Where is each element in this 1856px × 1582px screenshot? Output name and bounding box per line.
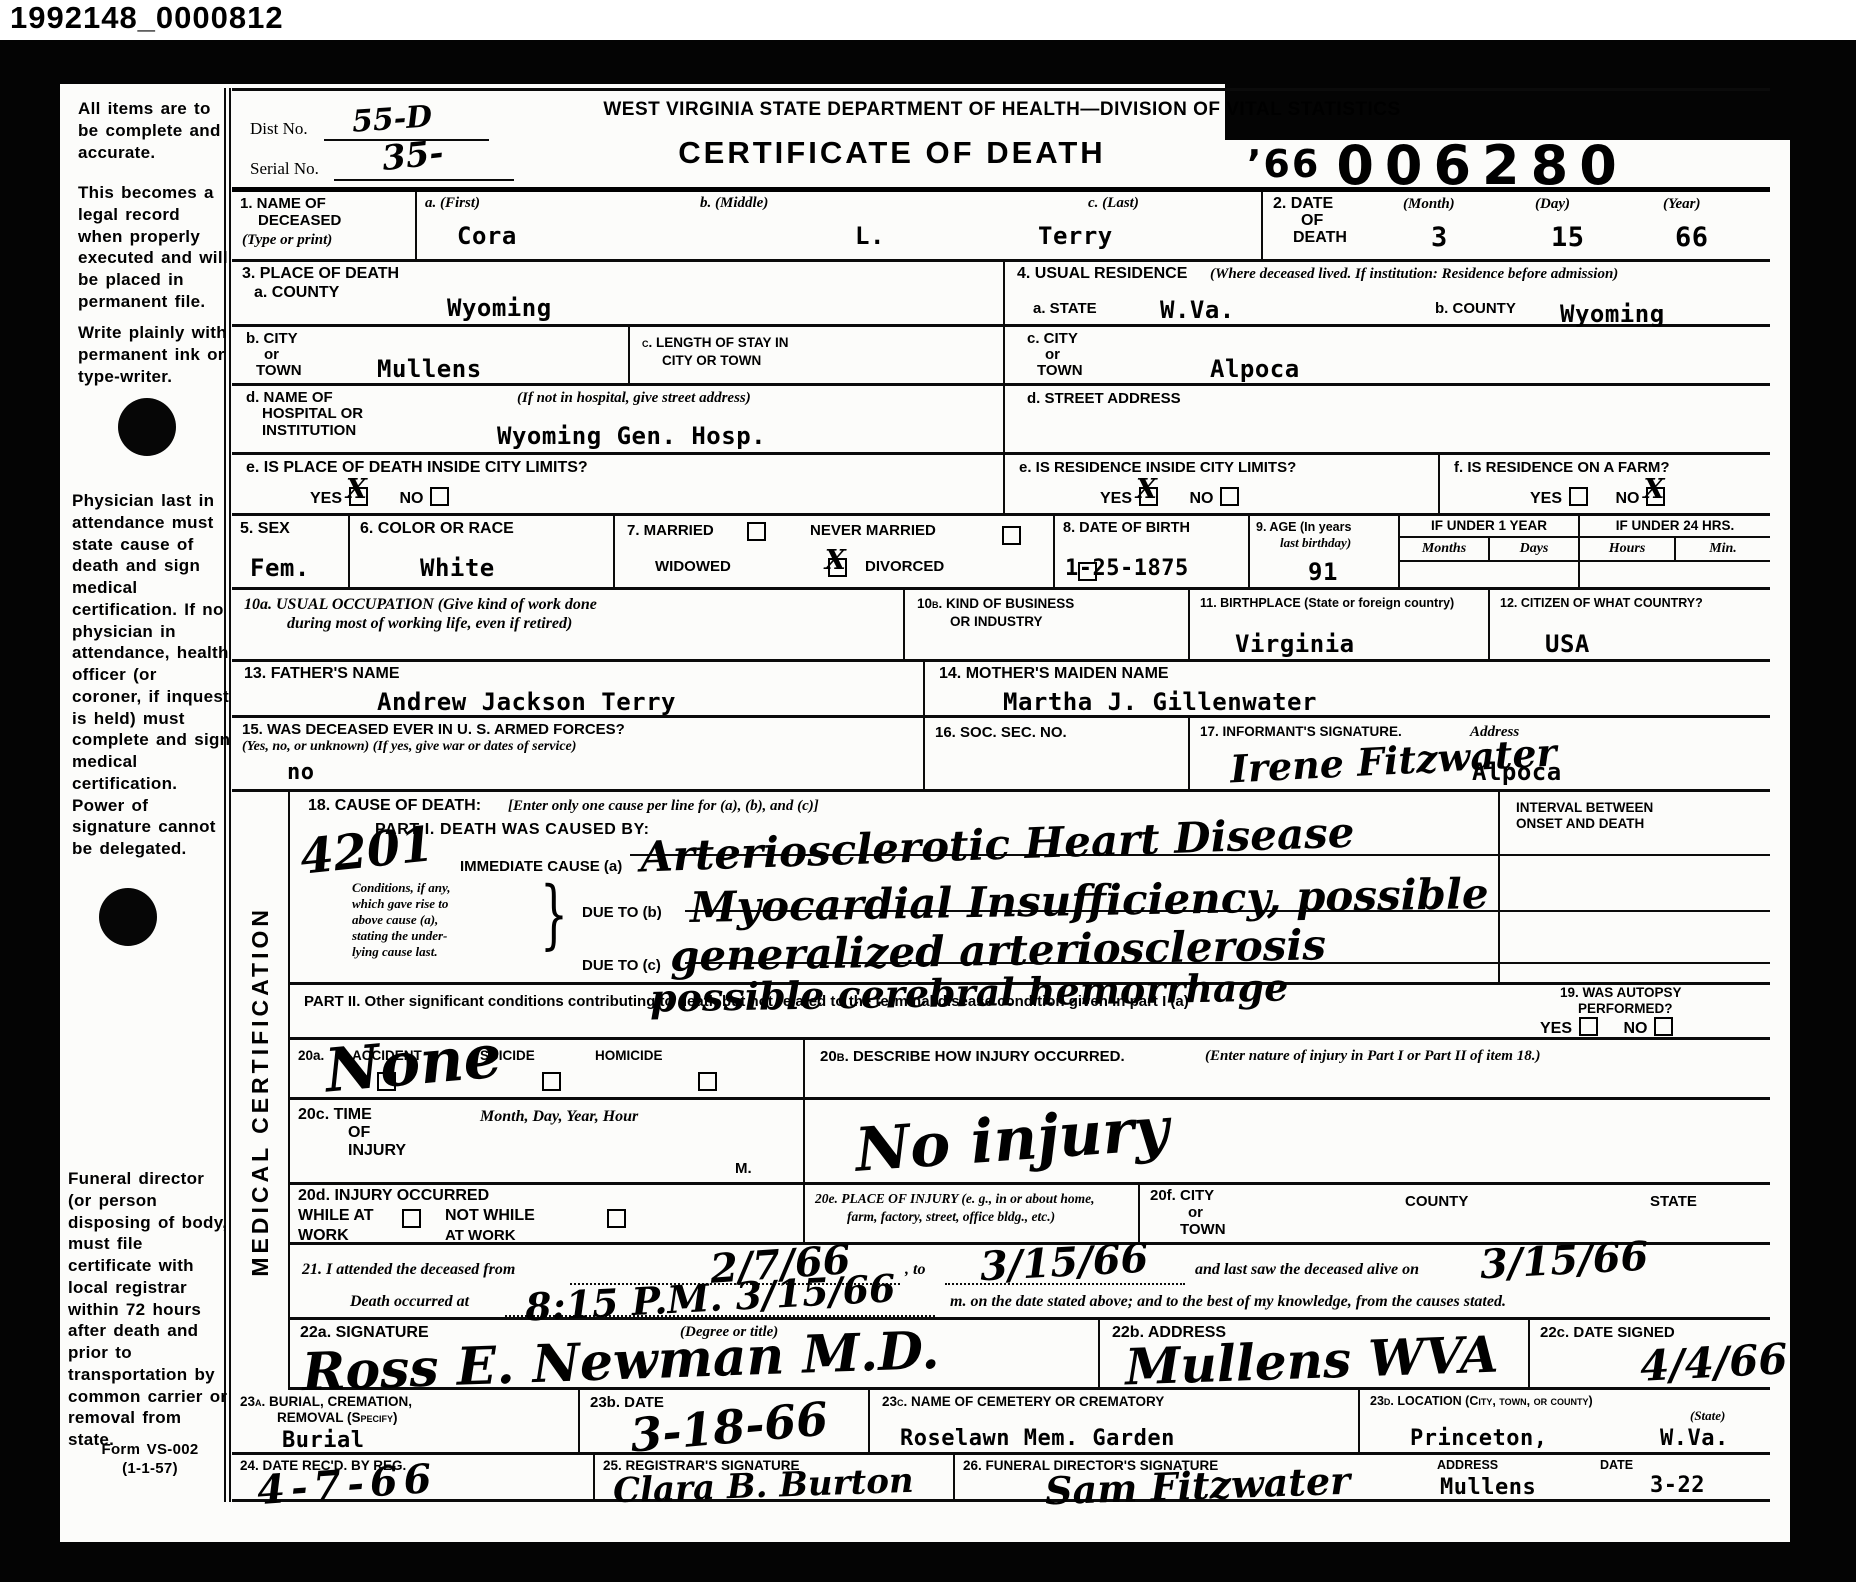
while-at-label: WHILE AT	[298, 1207, 374, 1226]
injury-city-cell: 20f. CITY or TOWN COUNTY STATE	[1140, 1185, 1770, 1242]
birthplace-value: Virginia	[1235, 632, 1355, 656]
res-county-label: b. COUNTY	[1435, 300, 1516, 318]
place-of-injury-cell: 20e. PLACE OF INJURY (e. g., in or about…	[805, 1185, 1140, 1242]
business-label-2: OR INDUSTRY	[950, 614, 1043, 630]
cause-overflow-value: possible cerebral hemorrhage	[650, 968, 1289, 1017]
res-city-cell: c. CITY or TOWN Alpoca	[1005, 327, 1770, 383]
conditions-line-1: Conditions, if any,	[352, 880, 450, 895]
scan-id-label: 1992148_0000812	[10, 0, 284, 36]
armed-forces-value: no	[287, 762, 315, 784]
injury-occurred-label: 20d. INJURY OCCURRED	[298, 1187, 489, 1206]
last-name-cell: c. (Last) Terry	[963, 192, 1263, 259]
sex-value: Fem.	[250, 556, 310, 580]
res-limits-question: e. IS RESIDENCE INSIDE CITY LIMITS?	[1019, 459, 1296, 477]
row-attendance: 21. I attended the deceased from 2/7/66 …	[290, 1245, 1770, 1320]
father-value: Andrew Jackson Terry	[377, 690, 676, 714]
toi-label-2: OF	[348, 1124, 370, 1143]
street-address-cell: d. STREET ADDRESS	[1005, 386, 1770, 452]
armed-forces-cell: 15. WAS DECEASED EVER IN U. S. ARMED FOR…	[232, 718, 925, 789]
toi-label-3: INJURY	[348, 1142, 406, 1161]
row-certifier: 22a. SIGNATURE (Degree or title) Ross E.…	[290, 1320, 1770, 1390]
cause-of-death-cell: 18. CAUSE OF DEATH: [Enter only one caus…	[290, 792, 1500, 982]
name-label-3: (Type or print)	[242, 232, 332, 250]
certifier-date-cell: 22c. DATE SIGNED 4/4/66	[1530, 1320, 1770, 1387]
injury-city-label-1: 20f. CITY	[1150, 1187, 1214, 1205]
pod-city-cell: b. CITY or TOWN Mullens	[232, 327, 630, 383]
pod-limits-answer: YESX NO	[310, 487, 454, 508]
citizen-label: 12. CITIZEN OF WHAT COUNTRY?	[1500, 596, 1703, 611]
ssn-cell: 16. SOC. SEC. NO.	[925, 718, 1190, 789]
form-revision-text: (1-1-57)	[122, 1460, 178, 1477]
pod-limits-no-checkbox	[430, 487, 449, 506]
res-county-value: Wyoming	[1560, 302, 1665, 326]
conditions-line-2: which gave rise to	[352, 896, 448, 911]
place-of-injury-label-2: farm, factory, street, office bldg., etc…	[847, 1209, 1055, 1225]
middle-name-label: b. (Middle)	[700, 195, 768, 213]
row-hospital-street: d. NAME OF HOSPITAL OR INSTITUTION (If n…	[232, 386, 1770, 455]
location-label: 23d. LOCATION (City, town, or county)	[1370, 1394, 1593, 1409]
dist-no-value: 55-D	[351, 102, 433, 138]
cemetery-value: Roselawn Mem. Garden	[900, 1428, 1175, 1450]
row-place-residence: 3. PLACE OF DEATH a. COUNTY Wyoming 4. U…	[232, 262, 1770, 327]
place-of-death-title: 3. PLACE OF DEATH	[242, 265, 399, 284]
dod-year-value: 66	[1675, 224, 1709, 251]
birthplace-cell: 11. BIRTHPLACE (State or foreign country…	[1190, 590, 1490, 659]
age-value: 91	[1308, 560, 1338, 584]
cemetery-cell: 23c. NAME OF CEMETERY OR CREMATORY Rosel…	[870, 1390, 1360, 1452]
under-24-hrs-label: IF UNDER 24 HRS.	[1580, 516, 1770, 538]
row-name-deceased: 1. NAME OF DECEASED (Type or print) a. (…	[232, 192, 1770, 262]
res-limits-no-label: NO	[1189, 490, 1213, 507]
attendance-text-3: Death occurred at	[350, 1293, 469, 1312]
toi-label-1: 20c. TIME	[298, 1106, 372, 1125]
res-limits-no-checkbox	[1220, 487, 1239, 506]
first-name-cell: a. (First) Cora	[417, 192, 690, 259]
mother-label: 14. MOTHER'S MAIDEN NAME	[939, 665, 1169, 684]
due-to-b-label: DUE TO (b)	[582, 904, 662, 922]
funeral-director-cell: 26. FUNERAL DIRECTOR'S SIGNATURE Sam Fit…	[955, 1455, 1770, 1499]
middle-name-value: L.	[855, 224, 885, 248]
margin-note-write-plainly: Write plainly with permanent ink or type…	[78, 322, 228, 387]
hospital-cell: d. NAME OF HOSPITAL OR INSTITUTION (If n…	[232, 386, 1005, 452]
no-injury-cell: No injury	[805, 1100, 1770, 1182]
father-cell: 13. FATHER'S NAME Andrew Jackson Terry	[232, 662, 925, 715]
autopsy-label-1: 19. WAS AUTOPSY	[1560, 985, 1682, 1001]
stamp-year: ’66	[1247, 142, 1320, 186]
name-label-cell: 1. NAME OF DECEASED (Type or print)	[232, 192, 417, 259]
pod-city-value: Mullens	[377, 357, 482, 381]
length-of-stay-cell: c. LENGTH OF STAY IN CITY OR TOWN	[630, 327, 1005, 383]
cause-b-value: Myocardial Insufficiency, possible	[690, 873, 1489, 929]
sex-label: 5. SEX	[240, 520, 290, 539]
armed-forces-label: 15. WAS DECEASED EVER IN U. S. ARMED FOR…	[242, 721, 625, 739]
accident-none-value: None	[323, 1026, 504, 1101]
margin-note-complete: All items are to be complete and accurat…	[78, 98, 228, 163]
cause-a-value: Arteriosclerotic Heart Disease	[639, 812, 1355, 879]
first-name-label: a. (First)	[425, 195, 480, 213]
attendance-text-4: m. on the date stated above; and to the …	[950, 1293, 1506, 1312]
citizen-cell: 12. CITIZEN OF WHAT COUNTRY? USA	[1490, 590, 1770, 659]
divorced-label: DIVORCED	[865, 558, 944, 576]
registration-stamp: ’66 006280	[1247, 142, 1628, 191]
pod-limits-yes-label: YES	[310, 490, 342, 507]
accident-cell: 20a. ACCIDENT SUICIDE HOMICIDE None	[290, 1040, 805, 1097]
serial-no-value: 35-	[380, 136, 445, 176]
location-state-value: W.Va.	[1660, 1428, 1729, 1450]
date-received-value: 4-7-66	[256, 1459, 439, 1511]
pod-county-label: a. COUNTY	[254, 284, 339, 303]
interval-label-2: ONSET AND DEATH	[1516, 816, 1644, 832]
informant-label: 17. INFORMANT'S SIGNATURE.	[1200, 724, 1402, 740]
under-24-hrs-cell: IF UNDER 24 HRS. Hours Min.	[1580, 516, 1770, 587]
dod-month-value: 3	[1431, 224, 1448, 251]
location-state-label: (State)	[1690, 1408, 1725, 1423]
months-label: Months	[1400, 538, 1488, 562]
dob-value: 1-25-1875	[1065, 558, 1189, 580]
business-cell: 10b. KIND OF BUSINESS OR INDUSTRY	[905, 590, 1190, 659]
row-occupation: 10a. USUAL OCCUPATION (Give kind of work…	[232, 590, 1770, 662]
residence-title: 4. USUAL RESIDENCE	[1017, 265, 1187, 284]
interval-cell: INTERVAL BETWEEN ONSET AND DEATH	[1500, 792, 1770, 982]
row-time-of-injury: 20c. TIME OF INJURY Month, Day, Year, Ho…	[290, 1100, 1770, 1185]
injury-city-label-3: TOWN	[1180, 1221, 1226, 1239]
hospital-value: Wyoming Gen. Hosp.	[497, 424, 766, 448]
usual-residence-cell: 4. USUAL RESIDENCE (Where deceased lived…	[1005, 262, 1770, 324]
punch-hole-top	[118, 398, 176, 456]
age-label-1: 9. AGE (In years	[1256, 520, 1351, 535]
hospital-label-2: HOSPITAL OR	[262, 405, 363, 423]
last-name-label: c. (Last)	[1088, 195, 1139, 213]
married-label: 7. MARRIED	[627, 522, 714, 540]
while-at-work-checkbox	[402, 1209, 421, 1228]
certifier-date-value: 4/4/66	[1639, 1338, 1789, 1388]
row-parents: 13. FATHER'S NAME Andrew Jackson Terry 1…	[232, 662, 1770, 718]
homicide-label: HOMICIDE	[595, 1048, 663, 1064]
funeral-director-signature: Sam Fitzwater	[1044, 1462, 1350, 1511]
widowed-label: WIDOWED	[655, 558, 731, 576]
autopsy-label-2: PERFORMED?	[1578, 1001, 1673, 1017]
autopsy-yes-label: YES	[1540, 1020, 1572, 1037]
dist-no-label: Dist No.	[250, 119, 308, 139]
never-married-checkbox	[1002, 526, 1021, 545]
at-work-label: AT WORK	[445, 1227, 516, 1245]
marital-cell: 7. MARRIED NEVER MARRIED WIDOWED X DIVOR…	[615, 516, 1055, 587]
margin-note-funeral-director: Funeral director (or person disposing of…	[68, 1168, 232, 1451]
cause-header: 18. CAUSE OF DEATH:	[308, 797, 481, 816]
suicide-checkbox	[542, 1072, 561, 1091]
race-cell: 6. COLOR OR RACE White	[350, 516, 615, 587]
under-1-year-cell: IF UNDER 1 YEAR Months Days	[1400, 516, 1580, 587]
time-of-injury-cell: 20c. TIME OF INJURY Month, Day, Year, Ho…	[290, 1100, 805, 1182]
father-label: 13. FATHER'S NAME	[244, 665, 400, 684]
first-name-value: Cora	[457, 224, 517, 248]
res-city-label-3: TOWN	[1037, 362, 1083, 380]
dob-label: 8. DATE OF BIRTH	[1063, 520, 1190, 537]
autopsy-no-checkbox	[1654, 1017, 1673, 1036]
res-state-label: a. STATE	[1033, 300, 1097, 318]
street-address-label: d. STREET ADDRESS	[1027, 390, 1181, 408]
birthplace-label: 11. BIRTHPLACE (State or foreign country…	[1200, 596, 1454, 611]
age-label-2: last birthday)	[1280, 535, 1351, 550]
attendance-cell: 21. I attended the deceased from 2/7/66 …	[290, 1245, 1770, 1317]
middle-name-cell: b. (Middle) L.	[690, 192, 963, 259]
no-injury-value: No injury	[853, 1099, 1170, 1181]
attendance-text-1: 21. I attended the deceased from	[302, 1261, 515, 1280]
widowed-checkbox: X	[828, 558, 847, 577]
serial-no-label: Serial No.	[250, 159, 319, 179]
certifier-date-label: 22c. DATE SIGNED	[1540, 1324, 1675, 1342]
medical-certification-label: MEDICAL CERTIFICATION	[247, 906, 274, 1277]
date-of-death-cell: 2. DATE OF DEATH (Month) (Day) (Year) 3 …	[1263, 192, 1770, 259]
married-checkbox	[747, 522, 766, 541]
injury-occurred-cell: 20d. INJURY OCCURRED WHILE AT NOT WHILE …	[290, 1185, 805, 1242]
registrar-signature: Clara B. Burton	[612, 1464, 914, 1508]
row-registration: 24. DATE REC'D. BY REG. 4-7-66 25. REGIS…	[232, 1455, 1770, 1502]
hospital-hint: (If not in hospital, give street address…	[517, 390, 751, 408]
pod-limits-no-label: NO	[399, 490, 423, 507]
place-of-death-county-cell: 3. PLACE OF DEATH a. COUNTY Wyoming	[232, 262, 1005, 324]
autopsy-no-label: NO	[1623, 1020, 1647, 1037]
under-1-year-label: IF UNDER 1 YEAR	[1400, 516, 1578, 538]
mother-cell: 14. MOTHER'S MAIDEN NAME Martha J. Gille…	[925, 662, 1770, 715]
not-while-checkbox	[607, 1209, 626, 1228]
res-limits-answer: YESX NO	[1100, 487, 1244, 508]
row-personal: 5. SEX Fem. 6. COLOR OR RACE White 7. MA…	[232, 516, 1770, 590]
dod-month-label: (Month)	[1403, 196, 1455, 214]
autopsy-cell: 19. WAS AUTOPSY PERFORMED? YES NO	[1500, 985, 1770, 1037]
department-title: WEST VIRGINIA STATE DEPARTMENT OF HEALTH…	[412, 99, 1592, 121]
never-married-label: NEVER MARRIED	[810, 522, 936, 540]
citizen-value: USA	[1545, 632, 1590, 656]
farm-yes-checkbox	[1569, 487, 1588, 506]
conditions-brace: }	[540, 872, 568, 959]
burial-value: Burial	[282, 1430, 364, 1452]
burial-label-2: REMOVAL (Specify)	[277, 1410, 398, 1426]
medical-certification-band: MEDICAL CERTIFICATION	[232, 792, 290, 1390]
death-time-value: 8:15 P.M. 3/15/66	[524, 1269, 896, 1326]
margin-note-physician: Physician last in attendance must state …	[72, 490, 232, 860]
cause-header-hint: [Enter only one cause per line for (a), …	[508, 798, 819, 816]
occupation-label-1: 10a. USUAL OCCUPATION (Give kind of work…	[244, 596, 597, 615]
scanned-death-certificate: { "scan_id": "1992148_0000812", "margin"…	[0, 0, 1856, 1582]
conditions-line-3: above cause (a),	[352, 912, 438, 927]
cemetery-location-cell: 23d. LOCATION (City, town, or county) (S…	[1360, 1390, 1770, 1452]
fd-date-value: 3-22	[1650, 1475, 1705, 1497]
describe-injury-label: 20b. DESCRIBE HOW INJURY OCCURRED.	[820, 1048, 1125, 1066]
describe-injury-cell: 20b. DESCRIBE HOW INJURY OCCURRED. (Ente…	[805, 1040, 1770, 1097]
ssn-label: 16. SOC. SEC. NO.	[935, 724, 1067, 742]
conditions-line-5: lying cause last.	[352, 944, 438, 959]
stay-label-1: c. LENGTH OF STAY IN	[642, 335, 789, 351]
farm-no-label: NO	[1615, 490, 1639, 507]
farm-cell: f. IS RESIDENCE ON A FARM? YES NOX	[1440, 455, 1770, 513]
stamp-number: 006280	[1336, 142, 1627, 191]
fd-address-value: Mullens	[1440, 1477, 1536, 1499]
sex-cell: 5. SEX Fem.	[232, 516, 350, 587]
pod-limits-yes-checkbox: X	[349, 487, 368, 506]
farm-question: f. IS RESIDENCE ON A FARM?	[1454, 459, 1670, 477]
cause-code-handwritten: 4201	[298, 820, 436, 882]
interval-label-1: INTERVAL BETWEEN	[1516, 800, 1653, 816]
stay-label-2: CITY OR TOWN	[662, 353, 761, 369]
hospital-label-3: INSTITUTION	[262, 422, 356, 440]
race-label: 6. COLOR OR RACE	[360, 520, 514, 539]
occupation-label-2: during most of working life, even if ret…	[287, 615, 572, 634]
injury-county-label: COUNTY	[1405, 1193, 1468, 1211]
res-city-value: Alpoca	[1210, 357, 1300, 381]
mother-value: Martha J. Gillenwater	[1003, 690, 1317, 714]
attendance-to-word: , to	[905, 1261, 925, 1280]
autopsy-answer: YES NO	[1540, 1017, 1678, 1038]
farm-no-checkbox: X	[1646, 487, 1665, 506]
cemetery-label: 23c. NAME OF CEMETERY OR CREMATORY	[882, 1394, 1164, 1410]
occupation-cell: 10a. USUAL OCCUPATION (Give kind of work…	[232, 590, 905, 659]
fd-address-label: ADDRESS	[1437, 1458, 1498, 1473]
pod-city-label-3: TOWN	[256, 362, 302, 380]
business-label-1: 10b. KIND OF BUSINESS	[917, 596, 1074, 612]
certifier-address-value: Mullens WVA	[1124, 1330, 1499, 1393]
work-label: WORK	[298, 1227, 349, 1246]
punch-hole-bottom	[99, 888, 157, 946]
accident-item-label: 20a.	[298, 1048, 324, 1064]
pod-limits-question: e. IS PLACE OF DEATH INSIDE CITY LIMITS?	[246, 459, 588, 478]
form-number-text: Form VS-002	[102, 1441, 199, 1458]
race-value: White	[420, 556, 495, 580]
dod-label-3: DEATH	[1293, 229, 1347, 248]
margin-note-legal-record: This becomes a legal record when properl…	[78, 182, 230, 313]
residence-subtitle: (Where deceased lived. If institution: R…	[1210, 266, 1760, 284]
farm-yes-label: YES	[1530, 490, 1562, 507]
row-accident: 20a. ACCIDENT SUICIDE HOMICIDE None 20b.…	[290, 1040, 1770, 1100]
dod-day-label: (Day)	[1535, 196, 1570, 214]
certifier-address-cell: 22b. ADDRESS Mullens WVA	[1100, 1320, 1530, 1387]
res-limits-yes-label: YES	[1100, 490, 1132, 507]
row-city-limits: e. IS PLACE OF DEATH INSIDE CITY LIMITS?…	[232, 455, 1770, 516]
age-cell: 9. AGE (In years last birthday) 91	[1250, 516, 1400, 587]
res-limits-yes-checkbox: X	[1139, 487, 1158, 506]
last-name-value: Terry	[1038, 224, 1113, 248]
homicide-checkbox	[698, 1072, 717, 1091]
fd-date-label: DATE	[1600, 1458, 1633, 1473]
describe-injury-hint: (Enter nature of injury in Part I or Par…	[1205, 1048, 1540, 1066]
row-injury-place: 20d. INJURY OCCURRED WHILE AT NOT WHILE …	[290, 1185, 1770, 1245]
place-of-injury-label-1: 20e. PLACE OF INJURY (e. g., in or about…	[815, 1191, 1095, 1207]
conditions-line-4: stating the under-	[352, 928, 447, 943]
pod-county-value: Wyoming	[447, 296, 552, 320]
not-while-label: NOT WHILE	[445, 1207, 535, 1226]
certifier-signature-cell: 22a. SIGNATURE (Degree or title) Ross E.…	[290, 1320, 1100, 1387]
injury-city-label-2: or	[1188, 1204, 1203, 1222]
dod-day-value: 15	[1551, 224, 1585, 251]
pod-limits-cell: e. IS PLACE OF DEATH INSIDE CITY LIMITS?…	[232, 455, 1005, 513]
autopsy-yes-checkbox	[1579, 1017, 1598, 1036]
due-to-c-label: DUE TO (c)	[582, 957, 661, 975]
hours-label: Hours	[1580, 538, 1674, 562]
name-label-1: 1. NAME OF	[240, 195, 326, 213]
form-number: Form VS-002 (1-1-57)	[80, 1440, 220, 1478]
armed-forces-hint: (Yes, no, or unknown) (If yes, give war …	[242, 739, 576, 756]
min-label: Min.	[1674, 538, 1770, 562]
burial-date-cell: 23b. DATE 3-18-66	[580, 1390, 870, 1452]
farm-answer: YES NOX	[1530, 487, 1670, 508]
dob-cell: 8. DATE OF BIRTH 1-25-1875	[1055, 516, 1250, 587]
injury-state-label: STATE	[1650, 1193, 1697, 1211]
attended-to-value: 3/15/66	[979, 1239, 1149, 1288]
name-label-2: DECEASED	[258, 212, 341, 230]
row-city-town: b. CITY or TOWN Mullens c. LENGTH OF STA…	[232, 327, 1770, 386]
row-armed-informant: 15. WAS DECEASED EVER IN U. S. ARMED FOR…	[232, 718, 1770, 792]
registrar-cell: 25. REGISTRAR'S SIGNATURE Clara B. Burto…	[595, 1455, 955, 1499]
res-state-value: W.Va.	[1160, 298, 1235, 322]
last-alive-value: 3/15/66	[1479, 1237, 1649, 1286]
dod-year-label: (Year)	[1663, 196, 1701, 214]
toi-m-label: M.	[735, 1160, 752, 1178]
date-received-cell: 24. DATE REC'D. BY REG. 4-7-66	[232, 1455, 595, 1499]
res-limits-cell: e. IS RESIDENCE INSIDE CITY LIMITS? YESX…	[1005, 455, 1440, 513]
informant-cell: 17. INFORMANT'S SIGNATURE. Address Irene…	[1190, 718, 1770, 789]
toi-sub-label: Month, Day, Year, Hour	[480, 1108, 638, 1127]
row-cause-of-death: 18. CAUSE OF DEATH: [Enter only one caus…	[290, 792, 1770, 985]
attendance-text-2: and last saw the deceased alive on	[1195, 1261, 1419, 1280]
location-value: Princeton,	[1410, 1428, 1547, 1450]
days-label: Days	[1488, 538, 1578, 562]
row-disposition: 23a. BURIAL, CREMATION, REMOVAL (Specify…	[232, 1390, 1770, 1455]
